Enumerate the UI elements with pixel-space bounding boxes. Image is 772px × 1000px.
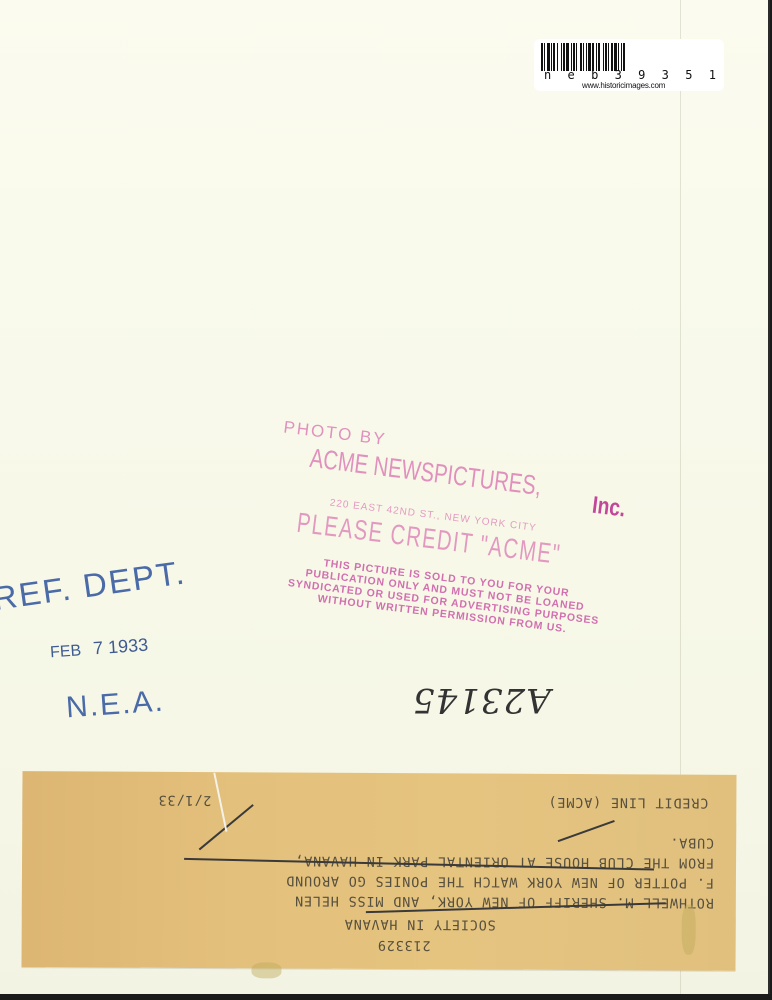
paper-stain [682, 905, 696, 955]
ref-date: FEB7 1933 [49, 635, 148, 663]
barcode-label: n e b 3 9 3 5 1 www.historicimages.com [534, 39, 724, 91]
caption-number: 213329 [377, 937, 431, 953]
pen-arrow-mark [558, 820, 615, 842]
ref-org-nea: N.E.A. [65, 685, 166, 726]
handwritten-note: A23145 [412, 680, 551, 720]
barcode-digit: 3 [662, 68, 669, 82]
barcode-digit: n [544, 68, 551, 82]
stamp-company-name: ACME NEWSPICTURES, [308, 443, 543, 502]
ref-dept-stamp: REF. DEPT. FEB7 1933 N.E.A. [0, 560, 260, 740]
barcode-digit: 9 [638, 68, 645, 82]
caption-credit-line: CREDIT LINE (ACME) [548, 794, 709, 811]
barcode-url: www.historicimages.com [582, 81, 665, 90]
barcode-digit: 1 [709, 68, 716, 82]
barcode-digits: n e b 3 9 3 5 1 [544, 68, 716, 82]
barcode-digit: 3 [615, 68, 622, 82]
stamp-inc: Inc. [591, 492, 627, 524]
barcode-digit: 5 [685, 68, 692, 82]
paper-stain [251, 962, 281, 978]
acme-newspictures-stamp: PHOTO BY ACME NEWSPICTURES, Inc. 220 EAS… [235, 415, 692, 716]
photo-back-paper: n e b 3 9 3 5 1 www.historicimages.com P… [0, 0, 770, 994]
caption-line: CUBA. [669, 835, 714, 851]
caption-headline: SOCIETY IN HAVANA [344, 916, 496, 933]
caption-line: F. POTTER OF NEW YORK WATCH THE PONIES G… [285, 873, 714, 891]
barcode-bar [625, 43, 628, 71]
ref-date-month: FEB [50, 642, 82, 661]
caption-text-upside-down: 213329 SOCIETY IN HAVANA ROTHWELL M. SHE… [21, 771, 736, 971]
ref-date-day-year: 7 1933 [92, 635, 148, 659]
caption-label: 213329 SOCIETY IN HAVANA ROTHWELL M. SHE… [21, 771, 736, 971]
ref-dept-label: REF. DEPT. [0, 553, 188, 618]
barcode-digit: e [568, 68, 575, 82]
stamp-legal-notice: THIS PICTURE IS SOLD TO YOU FOR YOUR PUB… [243, 548, 646, 644]
barcode-digit: b [591, 68, 598, 82]
caption-date: 2/1/33 [158, 792, 212, 808]
barcode-bars [541, 43, 717, 71]
